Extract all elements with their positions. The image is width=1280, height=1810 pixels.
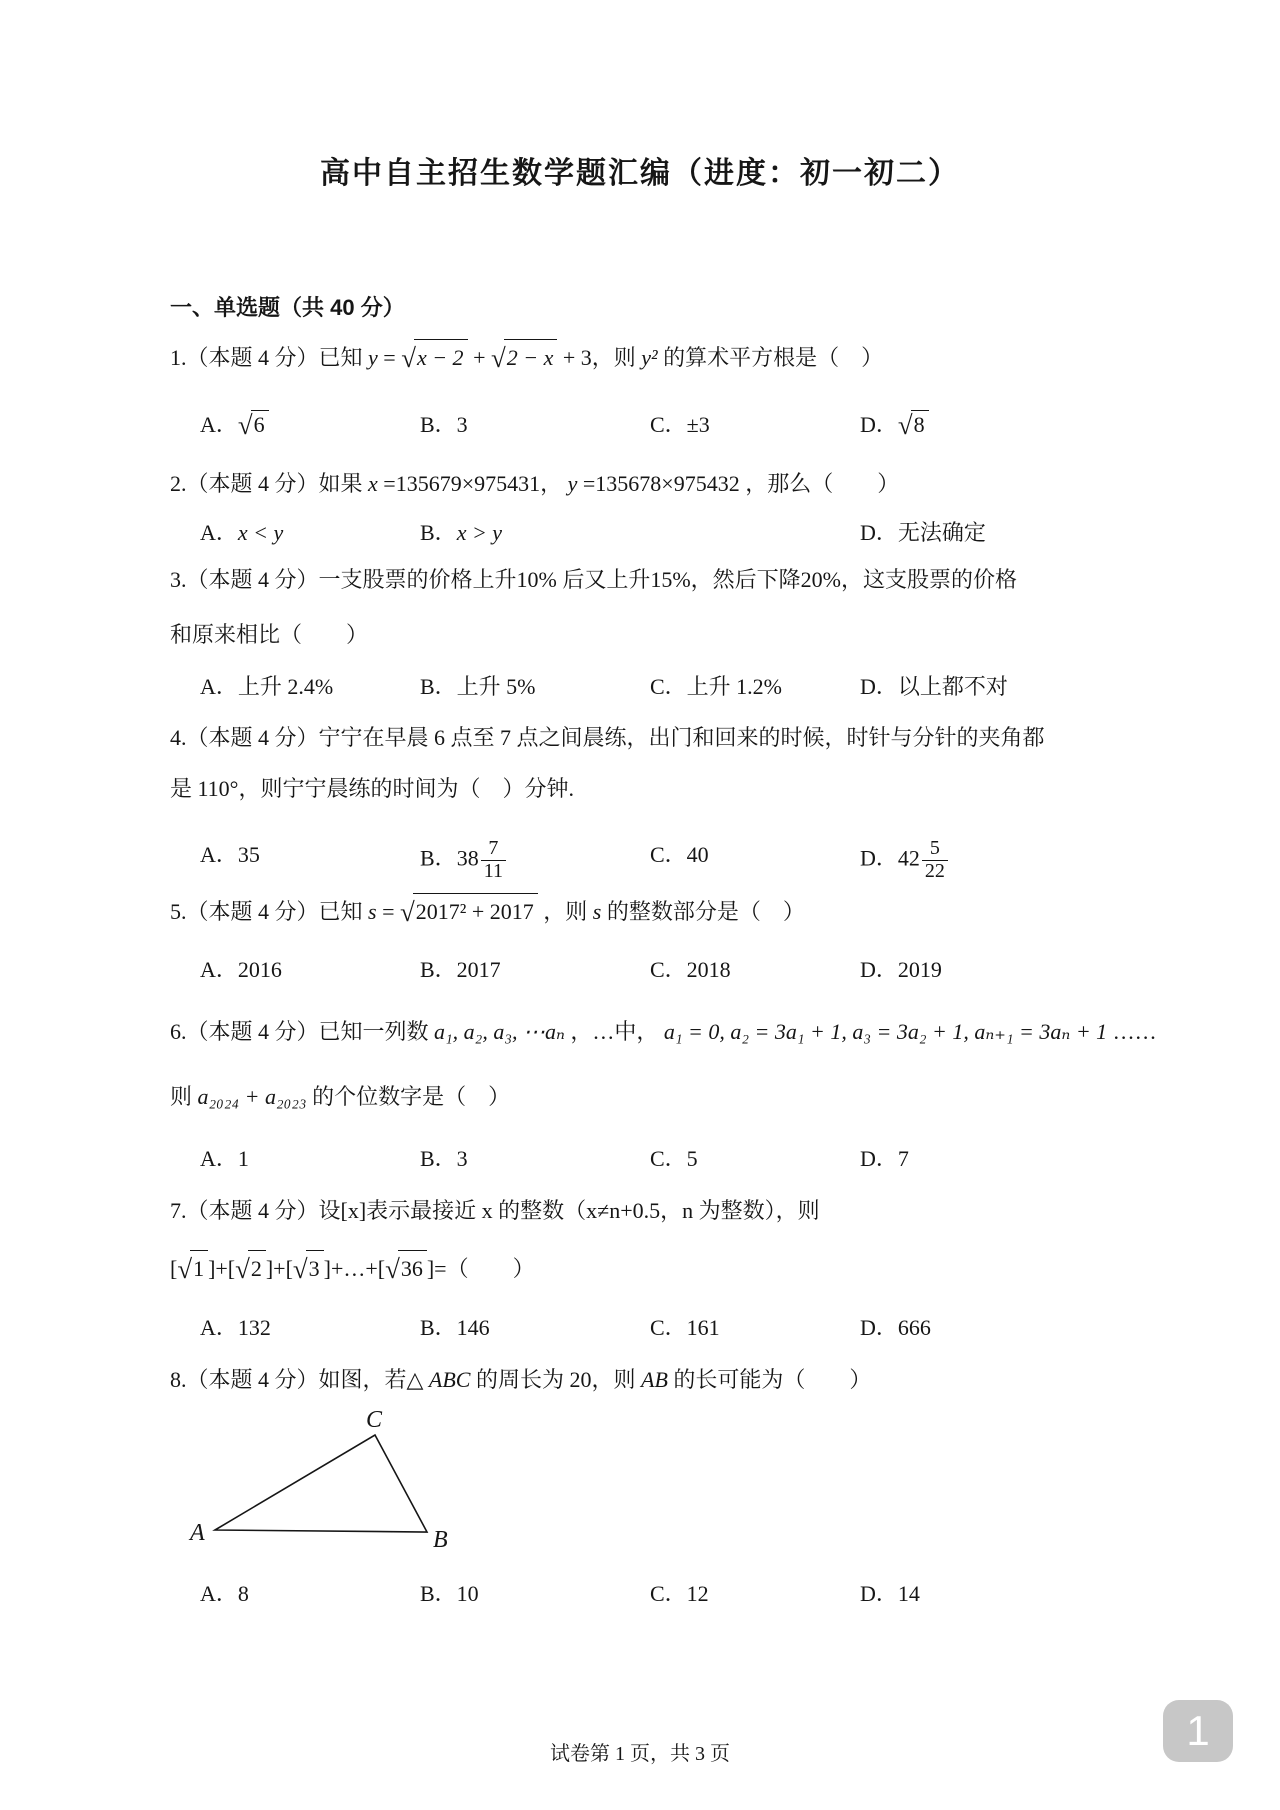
q8-text-mid: 的周长为 20，则 [476, 1367, 636, 1392]
q8-text-pre: 8.（本题 4 分）如图，若△ [170, 1367, 423, 1392]
q5-var-s: s [368, 899, 377, 924]
q3-option-c: C．上升 1.2% [650, 670, 782, 701]
q7-option-a: A．132 [200, 1311, 271, 1342]
q2-var-x: x [368, 471, 378, 496]
q6-text-mid: ，…中， [570, 1019, 658, 1044]
q7-option-b: B．146 [420, 1311, 490, 1342]
vertex-label-a: A [188, 1520, 205, 1546]
sqrt-expression: √2 [235, 1250, 266, 1286]
triangle-figure: A B C [170, 1405, 490, 1565]
fraction-numerator: 7 [481, 838, 506, 860]
q3-option-a: A．上升 2.4% [200, 670, 333, 701]
radicand: 6 [251, 410, 269, 438]
q2-text-post: ，那么（ ） [745, 471, 899, 496]
q6-text-pre: 6.（本题 4 分）已知一列数 [170, 1019, 429, 1044]
q6-line2-pre: 则 [170, 1084, 192, 1109]
option-label: B． [420, 846, 457, 871]
page-number-badge: 1 [1163, 1700, 1233, 1762]
question-6-stem-line1: 6.（本题 4 分）已知一列数 a₁, a₂, a₃, ⋯aₙ ，…中， a₁ … [170, 1015, 1157, 1049]
question-4-stem-line1: 4.（本题 4 分）宁宁在早晨 6 点至 7 点之间晨练，出门和回来的时候，时针… [170, 721, 1045, 755]
radicand: 2 [248, 1250, 266, 1286]
option-math: x > y [457, 520, 502, 545]
radicand: 8 [911, 410, 929, 438]
q3-option-d: D．以上都不对 [860, 670, 1008, 701]
q6-option-a: A．1 [200, 1142, 249, 1173]
q2-option-d: D．无法确定 [860, 516, 986, 547]
radicand: 2017² + 2017 [413, 893, 538, 929]
q8-segment-name: AB [641, 1367, 668, 1392]
option-label: D． [860, 846, 898, 871]
radicand: x − 2 [414, 339, 468, 375]
q7-option-c: C．161 [650, 1311, 720, 1342]
sqrt-expression: √1 [177, 1250, 208, 1286]
sqrt-expression: √3 [293, 1250, 324, 1286]
option-label: D． [860, 412, 898, 437]
question-6-stem-line2: 则 a₂₀₂₄ + a₂₀₂₃ 的个位数字是（ ） [170, 1080, 510, 1114]
q8-option-c: C．12 [650, 1577, 709, 1608]
q5-option-b: B．2017 [420, 953, 501, 984]
radicand: 1 [190, 1250, 208, 1286]
q6-line2-math: a₂₀₂₄ + a₂₀₂₃ [198, 1084, 307, 1109]
q1-plus: + [473, 345, 485, 370]
q6-option-b: B．3 [420, 1142, 468, 1173]
q6-line2-post: 的个位数字是（ ） [312, 1084, 510, 1109]
sqrt-expression: √8 [898, 410, 929, 441]
sqrt-expression: √6 [238, 410, 269, 441]
q7-bracket: ]+[ [208, 1256, 235, 1281]
q2-option-a: A．x < y [200, 516, 283, 547]
q7-bracket: ]+…+[ [324, 1256, 385, 1281]
q1-text-post: 的算术平方根是（ ） [663, 345, 883, 370]
q5-var-s2: s [593, 899, 602, 924]
q2-text-pre: 2.（本题 4 分）如果 [170, 471, 363, 496]
q2-option-b: B．x > y [420, 516, 502, 547]
q1-option-c: C．±3 [650, 408, 710, 439]
fraction: 711 [481, 838, 506, 882]
fraction: 522 [922, 838, 948, 882]
mixed-number-integer: 38 [457, 846, 479, 871]
q6-option-c: C．5 [650, 1142, 698, 1173]
q7-bracket: ]+[ [266, 1256, 293, 1281]
section-heading: 一、单选题（共 40 分） [170, 291, 405, 322]
q2-eq-y: =135678×975432 [583, 471, 740, 496]
q1-option-d: D．√8 [860, 408, 929, 441]
page-footer: 试卷第 1 页，共 3 页 [0, 1737, 1280, 1766]
q1-equals: = [383, 345, 395, 370]
q6-option-d: D．7 [860, 1142, 909, 1173]
q5-text-pre: 5.（本题 4 分）已知 [170, 899, 363, 924]
option-label: B． [420, 520, 457, 545]
q1-text-pre: 1.（本题 4 分）已知 [170, 345, 363, 370]
q1-option-a: A．√6 [200, 408, 269, 441]
question-5-stem: 5.（本题 4 分）已知 s = √2017² + 2017 ，则 s 的整数部… [170, 893, 805, 929]
q3-option-b: B．上升 5% [420, 670, 536, 701]
question-7-stem-line1: 7.（本题 4 分）设[x]表示最接近 x 的整数（x≠n+0.5，n 为整数）… [170, 1194, 820, 1228]
q4-option-d: D．42522 [860, 838, 948, 882]
question-3-stem-line2: 和原来相比（ ） [170, 618, 368, 652]
mixed-number-integer: 42 [898, 846, 920, 871]
question-8-stem: 8.（本题 4 分）如图，若△ ABC 的周长为 20，则 AB 的长可能为（ … [170, 1363, 871, 1397]
option-math: x < y [238, 520, 283, 545]
radicand: 2 − x [504, 339, 558, 375]
q8-triangle-name: ABC [429, 1367, 471, 1392]
radicand: 3 [306, 1250, 324, 1286]
q7-option-d: D．666 [860, 1311, 931, 1342]
sqrt-expression: √2017² + 2017 [400, 893, 538, 929]
sqrt-expression: √2 − x [491, 339, 557, 375]
q6-sequence: a₁, a₂, a₃, ⋯aₙ [434, 1019, 565, 1044]
q2-var-y: y [568, 471, 578, 496]
fraction-denominator: 11 [481, 860, 506, 883]
document-title: 高中自主招生数学题汇编（进度：初一初二） [0, 148, 1280, 192]
question-7-formula: [√1]+[√2]+[√3]+…+[√36]=（ ） [170, 1250, 535, 1286]
triangle-shape [215, 1435, 427, 1532]
q1-y-squared: y² [641, 345, 657, 370]
q1-var-y: y [368, 345, 378, 370]
option-label: A． [200, 412, 238, 437]
radicand: 36 [398, 1250, 427, 1286]
q1-option-b: B．3 [420, 408, 468, 439]
q4-option-a: A．35 [200, 838, 260, 869]
sqrt-expression: √36 [385, 1250, 427, 1286]
q5-option-d: D．2019 [860, 953, 942, 984]
q5-option-a: A．2016 [200, 953, 282, 984]
question-3-stem-line1: 3.（本题 4 分）一支股票的价格上升10% 后又上升15%，然后下降20%，这… [170, 563, 1017, 597]
q1-text-tail: + 3，则 [563, 345, 636, 370]
sqrt-expression: √x − 2 [401, 339, 467, 375]
q5-option-c: C．2018 [650, 953, 731, 984]
q4-option-b: B．38711 [420, 838, 506, 882]
question-2-stem: 2.（本题 4 分）如果 x =135679×975431， y =135678… [170, 467, 899, 501]
q8-option-b: B．10 [420, 1577, 479, 1608]
vertex-label-c: C [366, 1407, 383, 1433]
q6-ellipsis: …… [1113, 1019, 1157, 1044]
q6-recurrence: a₁ = 0, a₂ = 3a₁ + 1, a₃ = 3a₂ + 1, aₙ₊₁… [664, 1019, 1107, 1044]
question-4-stem-line2: 是 110°，则宁宁晨练的时间为（ ）分钟. [170, 772, 574, 806]
q5-equals: = [382, 899, 394, 924]
q5-text-post: 的整数部分是（ ） [607, 899, 805, 924]
q2-eq-x: =135679×975431， [383, 471, 562, 496]
option-label: A． [200, 520, 238, 545]
q8-text-post: 的长可能为（ ） [673, 1367, 871, 1392]
q8-option-d: D．14 [860, 1577, 920, 1608]
q7-bracket: ]=（ ） [427, 1256, 535, 1281]
question-1-stem: 1.（本题 4 分）已知 y = √x − 2 + √2 − x + 3，则 y… [170, 339, 883, 375]
q8-option-a: A．8 [200, 1577, 249, 1608]
vertex-label-b: B [433, 1527, 448, 1553]
q4-option-c: C．40 [650, 838, 709, 869]
q7-bracket: [ [170, 1256, 177, 1281]
fraction-numerator: 5 [922, 838, 948, 860]
q5-text-mid: ，则 [543, 899, 587, 924]
fraction-denominator: 22 [922, 860, 948, 883]
